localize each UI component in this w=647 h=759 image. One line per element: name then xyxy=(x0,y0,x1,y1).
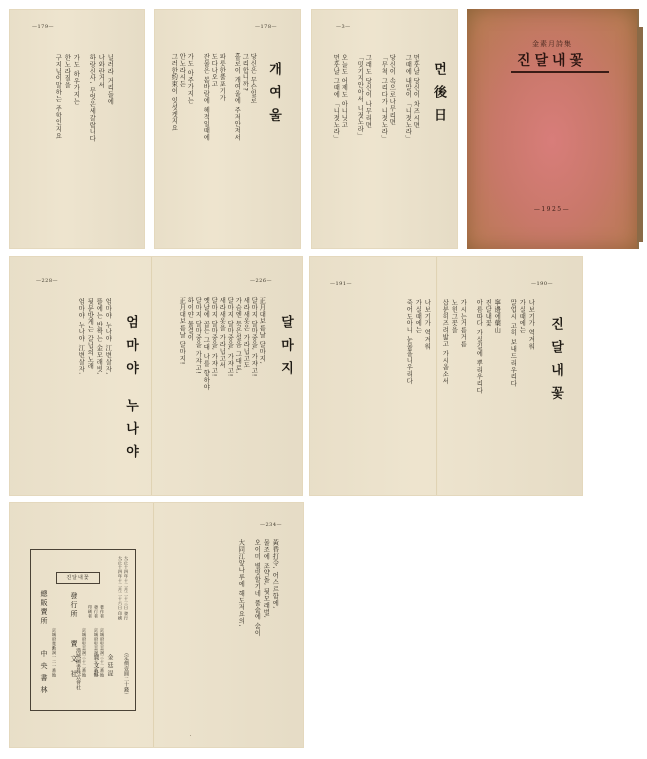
page-number: —190— xyxy=(531,281,553,287)
page-number: —178— xyxy=(255,24,277,30)
poem-line: 寧邊에藥山 xyxy=(493,299,499,334)
poem-line: 黃昏打令, 어스르함에, xyxy=(271,539,277,609)
poem-line: 홀로이 개여울에 주저안저서 xyxy=(233,53,239,141)
publisher-label: 發行者 xyxy=(93,605,99,618)
poem-line: 나보기가 역겨워 xyxy=(527,299,533,350)
poem-line: 달마지 달마중을, 가쟈고! xyxy=(250,297,256,377)
spread-228-226: —228— 엄마야 누나야 엄마야 누나야 江변살자, 뜰에는 반짝는 金모래빗… xyxy=(10,257,302,495)
page-number: —3— xyxy=(336,24,351,30)
poem-line: 구지님이말하는 주학인지요 xyxy=(54,54,60,139)
poem-title: 개여울 xyxy=(264,62,283,131)
poem-line: 닐러라 거리들에 xyxy=(106,54,112,105)
colophon-title: 진달내꽃 xyxy=(56,572,100,584)
page-3: —3— 먼後日 먼훗날 당신이 차즈시면 그때에 내말이 「니젓노라」 당신이 … xyxy=(312,10,457,248)
poem-line: 새라새옷을 가라닙고서 xyxy=(218,297,224,369)
spread-gutter xyxy=(151,257,153,495)
paper-speck xyxy=(190,735,191,736)
poem-line: 엄마야 누나야 江변살자, xyxy=(104,298,110,375)
poem-line: 먼훗날 당신이 차즈시면 xyxy=(412,54,418,128)
cover-rule xyxy=(511,71,609,73)
poem-line: 물조에 조약돌, 뒷모래벌, xyxy=(262,539,268,618)
poem-line: 大同江앞나루에 해도저요의, xyxy=(237,539,243,627)
spread-gutter xyxy=(436,257,438,495)
poem-line: 나와란거서 xyxy=(97,54,103,89)
poem-line: 그러한約束이 잇섯겟지요 xyxy=(170,53,176,132)
poem-line: 새라새옷은 가라닙고도 xyxy=(242,297,248,369)
poem-line: 오이미 별빗할기네 풀숩에 숨이 xyxy=(253,539,259,637)
page-number: —234— xyxy=(260,522,282,528)
poem-line: 아름따다 가실길에 뿌리우리다 xyxy=(475,299,481,394)
poem-line: 가실때에는 xyxy=(518,299,524,334)
page-178: —178— 개여울 당신은 무슨일로 그리합니까? 홀로이 개여울에 주저안저서… xyxy=(155,10,300,248)
poem-line: 하이얀 물결이 xyxy=(186,297,192,341)
poem-line: 그리합니까? xyxy=(241,53,247,91)
poem-line: 뒷문밧게는 갈닙의노래 xyxy=(86,298,92,370)
spread-191-190: —191— 나보기가 역겨워 가실때에는 죽어도아니 눈물흘니우리다 —190—… xyxy=(310,257,582,495)
publishing-house-name: 賣文社 xyxy=(69,640,79,685)
poem-title: 달마지 xyxy=(276,315,295,384)
poem-line: 오늘도 어제도 아니닛고 xyxy=(340,54,346,128)
book-cover: 金素月詩集 진달내꽃 —1925— xyxy=(467,9,637,249)
distributor-name: 中央書林 xyxy=(39,650,49,698)
poem-line: 가실때에는 xyxy=(414,299,420,334)
poem-line: 도다나오고 xyxy=(210,53,216,88)
poem-line: 당신은 무슨일로 xyxy=(249,53,255,104)
poem-line: 가시는거름거름 xyxy=(459,299,465,347)
author-name: 金廷湜 xyxy=(105,654,114,678)
distributor-address: 京城府寬勳洞一二一番地 xyxy=(51,628,57,677)
poem-line: 진달내꽃 xyxy=(484,299,490,327)
poem-title: 진달내꽃 xyxy=(546,317,565,409)
distributor-label: 總販賣所 xyxy=(39,590,49,626)
poem-line: 삽분히즈려밟고 가시옵소서 xyxy=(441,299,447,384)
poem-line: 「무척 그리다가 니젓노라」 xyxy=(380,54,386,142)
printer-label: 印刷者 xyxy=(87,605,93,618)
poem-line: 하랑신사, 무엇은세갈랍니다 xyxy=(88,54,94,142)
poem-line: 먼훗날 그때에 「니젓노라」 xyxy=(332,54,338,142)
book-spine xyxy=(637,27,643,242)
poem-line: 나보기가 역겨워 xyxy=(423,299,429,350)
page-number: —226— xyxy=(250,278,272,284)
page-number: —179— xyxy=(32,24,54,30)
poem-line: 달마지 달마중을 가쟈고! xyxy=(194,297,200,374)
poem-line: 正月대보름날 달마지! xyxy=(178,297,184,365)
page-179: —179— 닐러라 거리들에 나와란거서 하랑신사, 무엇은세갈랍니다 가도 하… xyxy=(10,10,144,248)
poem-line: 달마지 달마중을, 가쟈고! xyxy=(226,297,232,377)
spread-colophon-234: 진달내꽃 大正十四年十二月二十三日 發行 大正十四年十二月二十六日 印刷 （定價… xyxy=(10,503,303,747)
author-label: 著作者 xyxy=(99,605,105,618)
poem-line: 말업시 고히 보내드리우리다 xyxy=(509,299,515,387)
poem-line: 당신이 속으로나무리면 xyxy=(388,54,394,126)
poem-title: 엄마야 누나야 xyxy=(121,315,140,468)
colophon-date: 大正十四年十二月二十六日 印刷 xyxy=(117,556,123,621)
cover-title: 진달내꽃 xyxy=(467,50,637,70)
poem-line: 뜰에는 반짝는 金모래빗, xyxy=(95,298,101,375)
colophon-price: （定價壹圓二十錢） xyxy=(123,650,130,698)
poem-line: 엄마야 누나야 江변살자. xyxy=(77,298,83,375)
poem-line: 옛날에 곱든 그대 나를 향하야 xyxy=(202,297,208,390)
poem-line: 안노라시든 xyxy=(178,53,184,88)
poem-title: 먼後日 xyxy=(429,62,448,131)
poem-line: 달마지 달마중을, 가쟈고! xyxy=(210,297,216,377)
publisher-name: 賣文社 xyxy=(91,654,100,678)
poem-line: 한노라질을 xyxy=(63,54,69,89)
poem-line: 가슴엔 묵은설음 그대로, xyxy=(234,297,240,374)
poem-line: 노힌그꼿을 xyxy=(450,299,456,334)
poem-line: 正月대보름날 달마지, xyxy=(258,297,264,364)
poem-line: 그때에 내말이 「니젓노라」 xyxy=(404,54,410,142)
page-number: —191— xyxy=(330,281,352,287)
poem-line: 죽어도아니 눈물흘니우리다 xyxy=(405,299,411,384)
poem-line: 가도 하우가지는 xyxy=(72,54,78,105)
poem-line: 「밋기지안아서 니젓노라」 xyxy=(356,54,362,139)
colophon-date: 大正十四年十二月二十三日 發行 xyxy=(123,556,129,621)
poem-line: 파릇한풀포기가 xyxy=(218,53,224,101)
cover-series-label: 金素月詩集 xyxy=(467,39,637,49)
publishing-house-label: 發行所 xyxy=(69,592,79,619)
colophon-box: 진달내꽃 大正十四年十二月二十三日 發行 大正十四年十二月二十六日 印刷 （定價… xyxy=(30,549,136,711)
poem-line: 잔물은 봄바람에 헤적일때에 xyxy=(202,53,208,141)
cover-year: —1925— xyxy=(467,206,637,213)
poem-line: 그래도 당신이 나무리면 xyxy=(364,54,370,128)
page-number: —228— xyxy=(36,278,58,284)
poem-line: 가도 아주가지는 xyxy=(186,53,192,104)
spread-gutter xyxy=(153,503,155,747)
